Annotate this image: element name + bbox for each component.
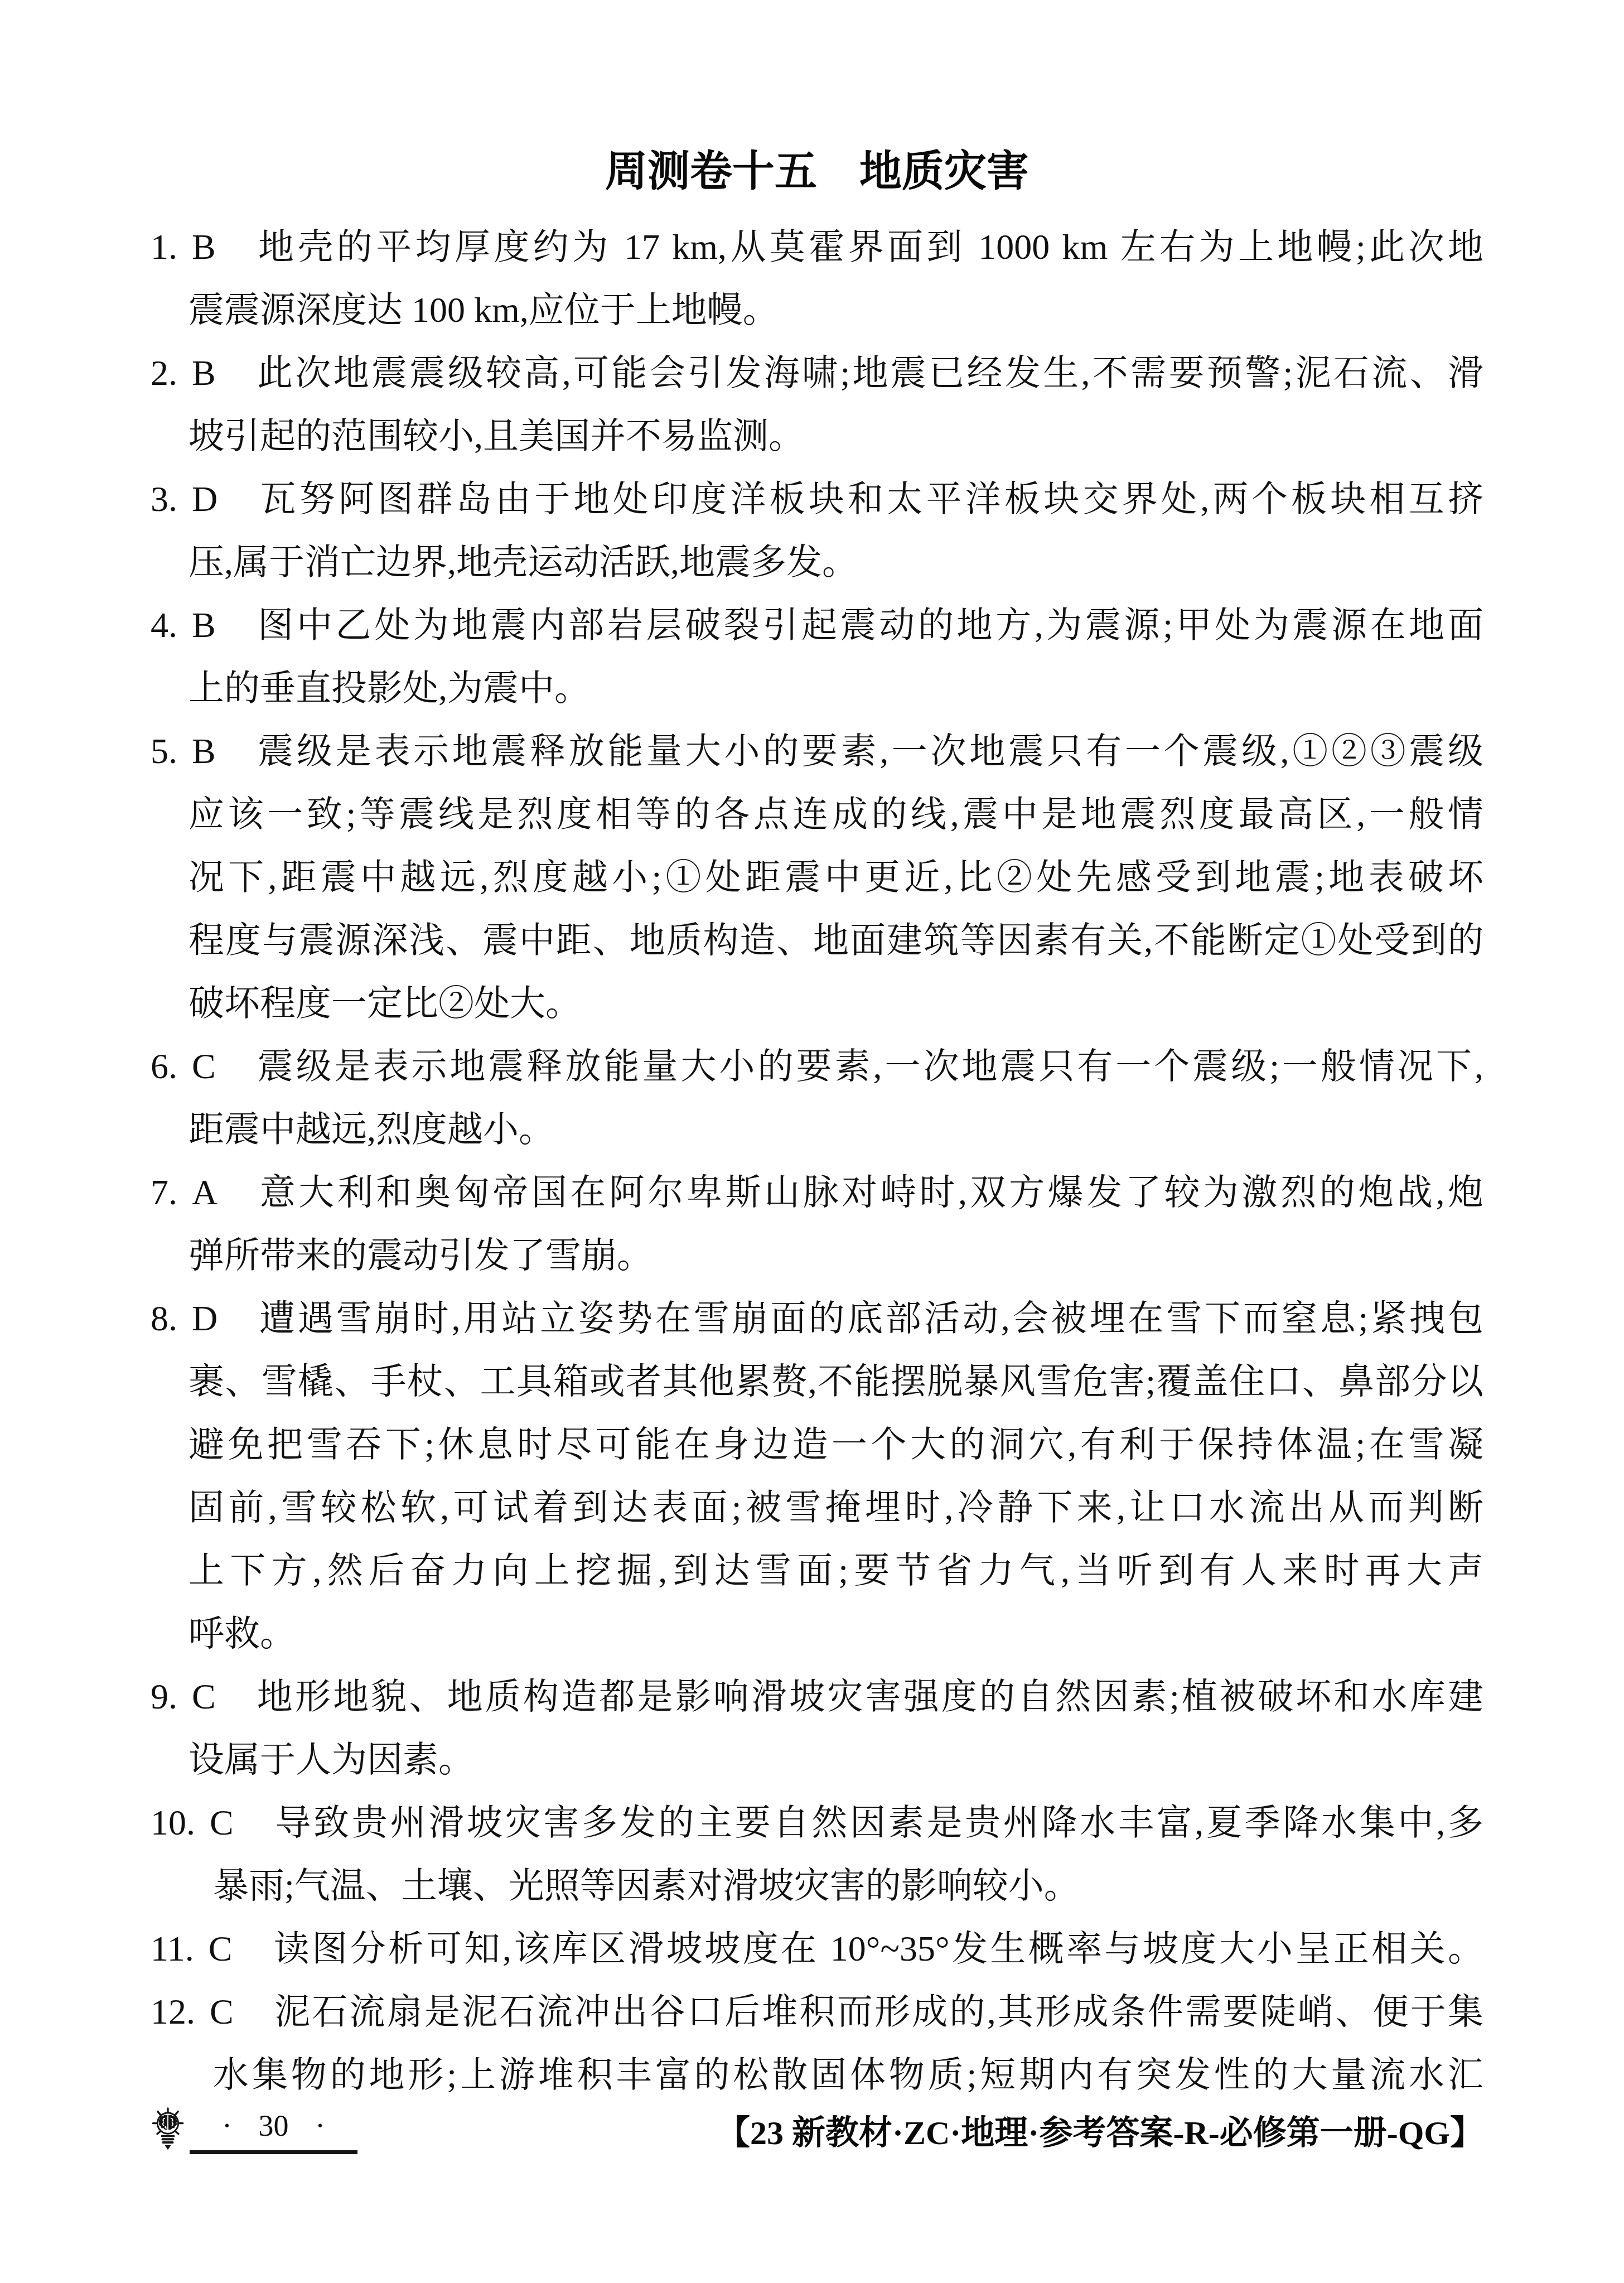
text-line: 距震中越远,烈度越小。 [188,1098,1483,1161]
text-line: 12.C泥石流扇是泥石流冲出谷口后堆积而形成的,其形成条件需要陡峭、便于集 [151,1980,1483,2043]
text-line: 坡引起的范围较小,且美国并不易监测。 [188,404,1483,467]
bulb-brain-icon [151,2107,185,2154]
text-line: 7.A意大利和奥匈帝国在阿尔卑斯山脉对峙时,双方爆发了较为激烈的炮战,炮 [151,1161,1483,1224]
text-line: 破坏程度一定比②处大。 [188,972,1483,1035]
text-line: 9.C地形地貌、地质构造都是影响滑坡灾害强度的自然因素;植被破坏和水库建 [151,1665,1483,1728]
text-line: 弹所带来的震动引发了雪崩。 [188,1224,1483,1287]
text-line: 裹、雪橇、手杖、工具箱或者其他累赘,不能摆脱暴风雪危害;覆盖住口、鼻部分以 [188,1350,1483,1413]
text-line: 4.B图中乙处为地震内部岩层破裂引起震动的地方,为震源;甲处为震源在地面 [151,593,1483,657]
item-number: 10. [151,1803,195,1842]
item-answer: B [192,605,216,645]
text-line: 暴雨;气温、土壤、光照等因素对滑坡灾害的影响较小。 [213,1854,1483,1917]
answer-list: 1.B地壳的平均厚度约为 17 km,从莫霍界面到 1000 km 左右为上地幔… [151,215,1483,2106]
text-line: 设属于人为因素。 [188,1728,1483,1791]
item-number: 2. [151,353,177,393]
text-line: 1.B地壳的平均厚度约为 17 km,从莫霍界面到 1000 km 左右为上地幔… [151,215,1483,278]
answer-item: 9.C地形地貌、地质构造都是影响滑坡灾害强度的自然因素;植被破坏和水库建设属于人… [151,1665,1483,1791]
item-answer: B [192,227,216,267]
answer-item: 11.C读图分析可知,该库区滑坡坡度在 10°~35°发生概率与坡度大小呈正相关… [151,1917,1483,1980]
item-answer: A [192,1172,217,1212]
text-line: 水集物的地形;上游堆积丰富的松散固体物质;短期内有突发性的大量流水汇 [213,2043,1483,2106]
item-number: 11. [151,1929,194,1968]
item-answer: C [209,1929,233,1968]
text-line: 固前,雪较松软,可试着到达表面;被雪掩埋时,冷静下来,让口水流出从而判断 [188,1476,1483,1539]
answer-item: 2.B此次地震震级较高,可能会引发海啸;地震已经发生,不需要预警;泥石流、滑坡引… [151,341,1483,467]
item-number: 8. [151,1299,177,1338]
item-number: 12. [151,1992,195,2031]
answer-item: 7.A意大利和奥匈帝国在阿尔卑斯山脉对峙时,双方爆发了较为激烈的炮战,炮弹所带来… [151,1161,1483,1287]
page-footer: · 30 · 【23 新教材·ZC·地理·参考答案-R-必修第一册-QG】 [151,2107,1483,2154]
item-number: 4. [151,605,177,645]
text-line: 呼救。 [188,1602,1483,1665]
text-line: 应该一致;等震线是烈度相等的各点连成的线,震中是地震烈度最高区,一般情 [188,783,1483,846]
text-line: 震震源深度达 100 km,应位于上地幔。 [188,278,1483,341]
item-answer: B [192,731,216,771]
answer-item: 1.B地壳的平均厚度约为 17 km,从莫霍界面到 1000 km 左右为上地幔… [151,215,1483,341]
item-number: 5. [151,731,177,771]
answer-item: 3.D瓦努阿图群岛由于地处印度洋板块和太平洋板块交界处,两个板块相互挤压,属于消… [151,467,1483,593]
item-answer: C [210,1803,234,1842]
answer-item: 12.C泥石流扇是泥石流冲出谷口后堆积而形成的,其形成条件需要陡峭、便于集水集物… [151,1980,1483,2106]
text-line: 10.C导致贵州滑坡灾害多发的主要自然因素是贵州降水丰富,夏季降水集中,多 [151,1791,1483,1854]
text-line: 2.B此次地震震级较高,可能会引发海啸;地震已经发生,不需要预警;泥石流、滑 [151,341,1483,404]
text-line: 上的垂直投影处,为震中。 [188,657,1483,720]
item-answer: B [192,353,216,393]
text-line: 11.C读图分析可知,该库区滑坡坡度在 10°~35°发生概率与坡度大小呈正相关… [151,1917,1483,1980]
answer-item: 6.C震级是表示地震释放能量大小的要素,一次地震只有一个震级;一般情况下,距震中… [151,1035,1483,1161]
answer-item: 10.C导致贵州滑坡灾害多发的主要自然因素是贵州降水丰富,夏季降水集中,多暴雨;… [151,1791,1483,1917]
text-line: 压,属于消亡边界,地壳运动活跃,地震多发。 [188,530,1483,593]
text-line: 3.D瓦努阿图群岛由于地处印度洋板块和太平洋板块交界处,两个板块相互挤 [151,467,1483,530]
item-number: 7. [151,1172,177,1212]
item-answer: C [210,1992,234,2031]
answer-item: 8.D遭遇雪崩时,用站立姿势在雪崩面的底部活动,会被埋在雪下而窒息;紧拽包裹、雪… [151,1287,1483,1665]
item-answer: C [192,1046,216,1086]
text-line: 况下,距震中越远,烈度越小;①处距震中更近,比②处先感受到地震;地表破坏 [188,846,1483,909]
text-line: 5.B震级是表示地震释放能量大小的要素,一次地震只有一个震级,①②③震级 [151,720,1483,783]
item-number: 1. [151,227,177,267]
item-number: 9. [151,1677,177,1716]
item-answer: D [192,479,217,519]
page-number: · 30 · [190,2108,357,2154]
text-line: 避免把雪吞下;休息时尽可能在身边造一个大的洞穴,有利于保持体温;在雪凝 [188,1413,1483,1476]
item-number: 3. [151,479,177,519]
text-line: 上下方,然后奋力向上挖掘,到达雪面;要节省力气,当听到有人来时再大声 [188,1539,1483,1602]
answer-key-page: 周测卷十五 地质灾害 1.B地壳的平均厚度约为 17 km,从莫霍界面到 100… [0,0,1624,2283]
text-line: 程度与震源深浅、震中距、地质构造、地面建筑等因素有关,不能断定①处受到的 [188,909,1483,972]
item-answer: D [192,1299,217,1338]
answer-item: 5.B震级是表示地震释放能量大小的要素,一次地震只有一个震级,①②③震级应该一致… [151,720,1483,1035]
answer-item: 4.B图中乙处为地震内部岩层破裂引起震动的地方,为震源;甲处为震源在地面上的垂直… [151,593,1483,720]
footer-imprint: 【23 新教材·ZC·地理·参考答案-R-必修第一册-QG】 [717,2112,1483,2154]
text-line: 8.D遭遇雪崩时,用站立姿势在雪崩面的底部活动,会被埋在雪下而窒息;紧拽包 [151,1287,1483,1350]
page-title: 周测卷十五 地质灾害 [151,141,1483,202]
item-answer: C [192,1677,216,1716]
footer-left: · 30 · [151,2107,357,2154]
item-number: 6. [151,1046,177,1086]
text-line: 6.C震级是表示地震释放能量大小的要素,一次地震只有一个震级;一般情况下, [151,1035,1483,1098]
